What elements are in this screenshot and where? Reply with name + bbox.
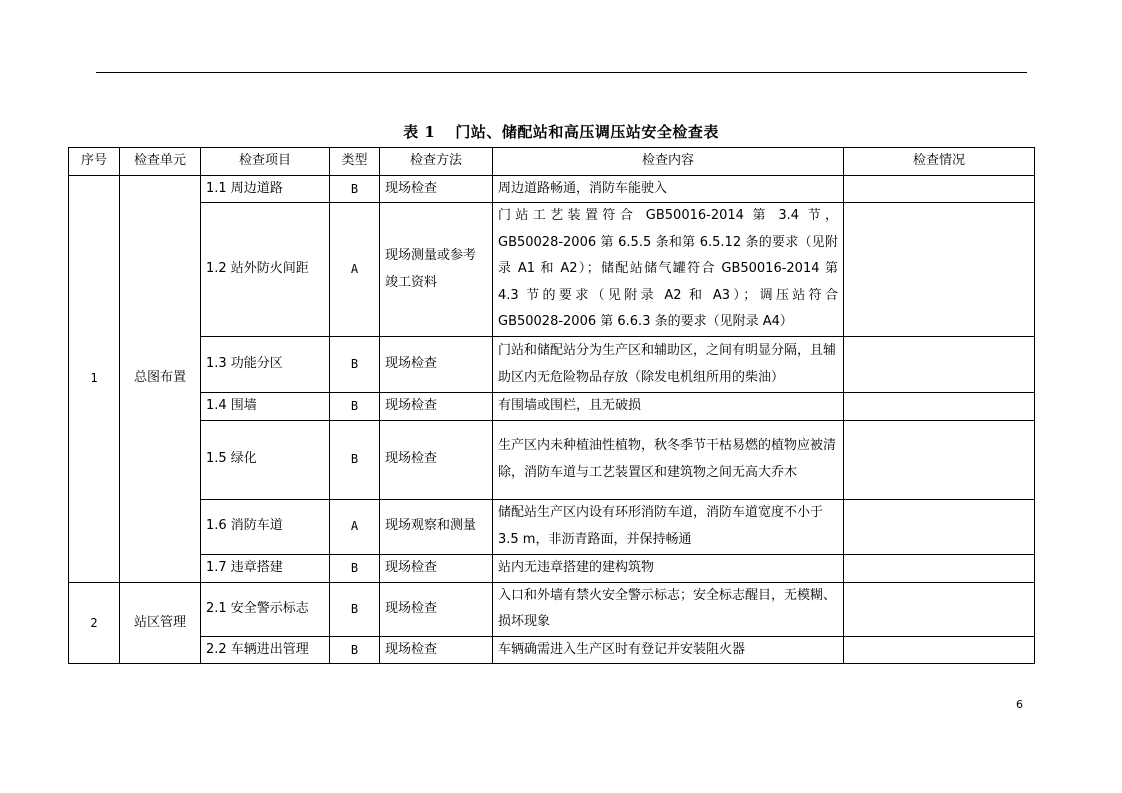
cell-status[interactable] [844, 499, 1035, 554]
header-content: 检查内容 [493, 148, 844, 176]
cell-type: B [330, 554, 380, 582]
cell-type: B [330, 420, 380, 499]
cell-type: A [330, 499, 380, 554]
cell-method: 现场检查 [380, 582, 493, 636]
cell-content: 门站和储配站分为生产区和辅助区，之间有明显分隔，且辅助区内无危险物品存放（除发电… [493, 337, 844, 393]
table-row: 1.3 功能分区 B 现场检查 门站和储配站分为生产区和辅助区，之间有明显分隔，… [69, 337, 1035, 393]
cell-content: 车辆确需进入生产区时有登记并安装阻火器 [493, 636, 844, 664]
cell-item: 2.1 安全警示标志 [201, 582, 330, 636]
cell-seq: 1 [69, 175, 120, 582]
cell-content: 周边道路畅通，消防车能驶入 [493, 175, 844, 203]
cell-content: 门站工艺装置符合 GB50016-2014 第 3.4 节，GB50028-20… [493, 203, 844, 337]
cell-method: 现场检查 [380, 393, 493, 421]
table-row: 1.7 违章搭建 B 现场检查 站内无违章搭建的建构筑物 [69, 554, 1035, 582]
cell-unit: 站区管理 [120, 582, 201, 664]
page-header-rule [96, 72, 1027, 73]
cell-item: 1.2 站外防火间距 [201, 203, 330, 337]
cell-method: 现场检查 [380, 636, 493, 664]
cell-status[interactable] [844, 203, 1035, 337]
table-title-text: 门站、储配站和高压调压站安全检查表 [455, 123, 719, 141]
cell-item: 1.4 围墙 [201, 393, 330, 421]
page-number: 6 [1016, 698, 1023, 711]
cell-content: 站内无违章搭建的建构筑物 [493, 554, 844, 582]
header-method: 检查方法 [380, 148, 493, 176]
cell-content: 入口和外墙有禁火安全警示标志；安全标志醒目，无模糊、损坏现象 [493, 582, 844, 636]
cell-status[interactable] [844, 337, 1035, 393]
cell-type: A [330, 203, 380, 337]
header-unit: 检查单元 [120, 148, 201, 176]
cell-item: 1.5 绿化 [201, 420, 330, 499]
table-row: 1 总图布置 1.1 周边道路 B 现场检查 周边道路畅通，消防车能驶入 [69, 175, 1035, 203]
table-row: 1.4 围墙 B 现场检查 有围墙或围栏，且无破损 [69, 393, 1035, 421]
cell-status[interactable] [844, 636, 1035, 664]
cell-method: 现场检查 [380, 337, 493, 393]
cell-item: 1.7 违章搭建 [201, 554, 330, 582]
cell-status[interactable] [844, 420, 1035, 499]
cell-status[interactable] [844, 393, 1035, 421]
table-row: 2.2 车辆进出管理 B 现场检查 车辆确需进入生产区时有登记并安装阻火器 [69, 636, 1035, 664]
cell-status[interactable] [844, 175, 1035, 203]
cell-seq: 2 [69, 582, 120, 664]
header-status: 检查情况 [844, 148, 1035, 176]
cell-type: B [330, 175, 380, 203]
header-seq: 序号 [69, 148, 120, 176]
cell-method: 现场检查 [380, 554, 493, 582]
cell-status[interactable] [844, 582, 1035, 636]
cell-content: 储配站生产区内设有环形消防车道，消防车道宽度不小于 3.5 m，非沥青路面，并保… [493, 499, 844, 554]
cell-content: 有围墙或围栏，且无破损 [493, 393, 844, 421]
table-row: 1.2 站外防火间距 A 现场测量或参考竣工资料 门站工艺装置符合 GB5001… [69, 203, 1035, 337]
table-row: 2 站区管理 2.1 安全警示标志 B 现场检查 入口和外墙有禁火安全警示标志；… [69, 582, 1035, 636]
header-type: 类型 [330, 148, 380, 176]
cell-method: 现场观察和测量 [380, 499, 493, 554]
cell-method: 现场测量或参考竣工资料 [380, 203, 493, 337]
cell-type: B [330, 582, 380, 636]
cell-method: 现场检查 [380, 420, 493, 499]
cell-status[interactable] [844, 554, 1035, 582]
table-title: 表 1门站、储配站和高压调压站安全检查表 [0, 121, 1122, 142]
safety-check-table: 序号 检查单元 检查项目 类型 检查方法 检查内容 检查情况 1 总图布置 1.… [68, 147, 1035, 664]
cell-unit: 总图布置 [120, 175, 201, 582]
cell-type: B [330, 393, 380, 421]
table-header-row: 序号 检查单元 检查项目 类型 检查方法 检查内容 检查情况 [69, 148, 1035, 176]
cell-item: 1.6 消防车道 [201, 499, 330, 554]
cell-type: B [330, 337, 380, 393]
cell-method: 现场检查 [380, 175, 493, 203]
table-title-number: 表 1 [403, 123, 435, 141]
cell-content: 生产区内未种植油性植物，秋冬季节干枯易燃的植物应被清除，消防车道与工艺装置区和建… [493, 420, 844, 499]
cell-item: 2.2 车辆进出管理 [201, 636, 330, 664]
table-row: 1.5 绿化 B 现场检查 生产区内未种植油性植物，秋冬季节干枯易燃的植物应被清… [69, 420, 1035, 499]
cell-type: B [330, 636, 380, 664]
cell-item: 1.3 功能分区 [201, 337, 330, 393]
header-item: 检查项目 [201, 148, 330, 176]
cell-item: 1.1 周边道路 [201, 175, 330, 203]
table-row: 1.6 消防车道 A 现场观察和测量 储配站生产区内设有环形消防车道，消防车道宽… [69, 499, 1035, 554]
